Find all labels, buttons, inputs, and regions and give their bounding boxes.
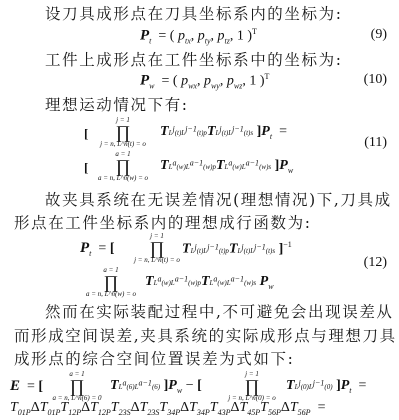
equation-13-line-2: T01PΔT01PT12PΔT12PT23SΔT23ST34PΔT34PT43P…: [10, 400, 325, 417]
product-operator: j = 1 ∏ j = n, L^n(0) = o: [220, 370, 284, 402]
paragraph-text: 故夹具系统在无误差情况(理想情况)下,刀具成: [45, 188, 392, 210]
equation-12-lhs: Pt = [: [80, 240, 114, 258]
paragraph-text: 设刀具成形点在刀具坐标系内的坐标为:: [45, 2, 343, 24]
paragraph-text: 然而在实际装配过程中,不可避免会出现误差从: [45, 300, 394, 322]
equation-13-term-1: TLa(6)La−1(6) ]Pw − [: [110, 378, 202, 395]
equation-12-line-2: TLa(w)La−1(w)pTLa(w)La−1(w)s Pw: [145, 274, 274, 291]
product-operator: a = 1 ∏ a = n, L^n(w) = o: [76, 266, 146, 298]
paragraph-text: 形点在工件坐标系内的理想成行函数为:: [14, 211, 312, 233]
equation-number: (9): [371, 27, 387, 43]
equation-11-line-1: TLj(t)Lj−1(t)pTLj(t)Lj−1(t)s ]Pt =: [160, 124, 287, 141]
product-operator: a = 1 ∏ a = n, L^n(6) = 0: [46, 370, 108, 402]
equation-13-term-2: TLj(0)Lj−1(0) ]Pt =: [286, 378, 366, 395]
equation-11-line-2: TLa(w)La−1(w)pTLa(w)La−1(w)s ]Pw: [160, 158, 293, 175]
equation-number: (12): [364, 255, 387, 271]
product-operator: a = 1 ∏ a = n, L^n(w) = o: [88, 150, 158, 182]
equation-9: Pt = ( ptx, pty, ptz, 1 )T: [140, 27, 257, 45]
equation-number: (11): [364, 135, 387, 151]
paragraph-text: 成形点的综合空间位置误差为式如下:: [14, 347, 294, 369]
equation-number: (10): [364, 72, 387, 88]
paragraph-text: 工件上成形点在工件坐标系中的坐标为:: [45, 48, 343, 70]
equation-10: Pw = ( pwx, pwy, pwz, 1 )T: [140, 72, 269, 90]
paragraph-text: 理想运动情况下有:: [45, 93, 189, 115]
paragraph-text: 而形成空间误差,夹具系统的实际成形点与理想刀具: [14, 324, 397, 346]
product-operator: j = 1 ∏ j = n, L^n(t) = o: [88, 116, 158, 148]
equation-12-line-1: TLj(t)Lj−1(t)pTLj(t)Lj−1(t)s ]−1: [182, 240, 292, 258]
equation-13-lhs: E = [: [10, 378, 43, 395]
